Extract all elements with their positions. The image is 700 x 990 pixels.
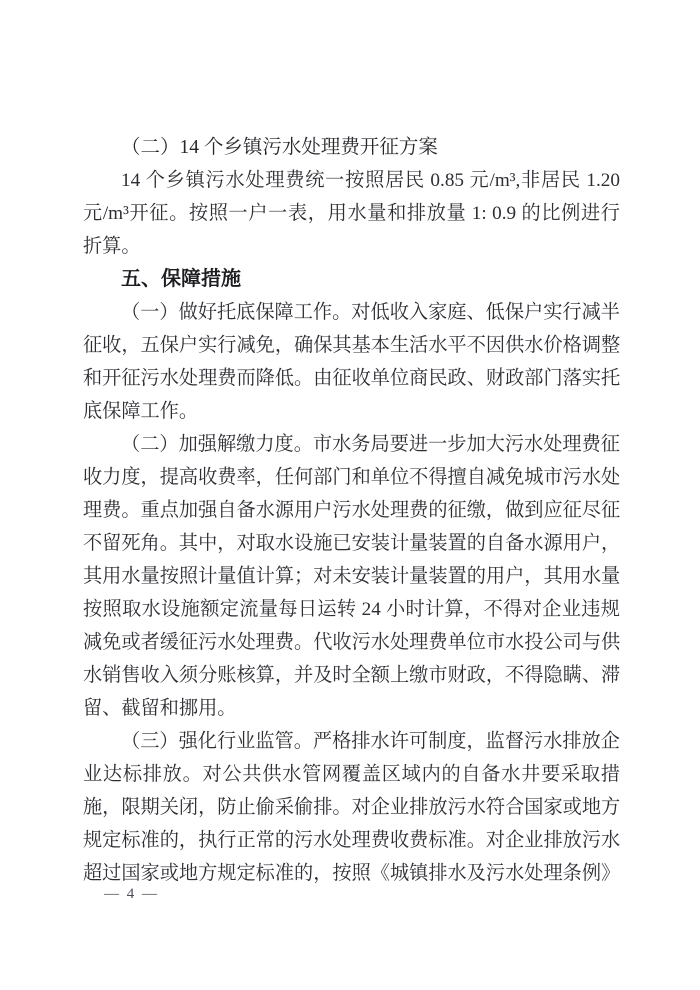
paragraph-body: 14 个乡镇污水处理费统一按照居民 0.85 元/m³,非居民 1.20元/m³… xyxy=(83,164,620,263)
text-line: 和开征污水处理费而降低。由征收单位商民政、财政部门落实托 xyxy=(83,362,620,395)
text-line: （一）做好托底保障工作。对低收入家庭、低保户实行减半 xyxy=(83,296,620,329)
text-line: 底保障工作。 xyxy=(83,395,620,428)
text-line: 业达标排放。对公共供水管网覆盖区域内的自备水井要采取措 xyxy=(83,758,620,791)
text-line: 减免或者缓征污水处理费。代收污水处理费单位市水投公司与供 xyxy=(83,626,620,659)
text-line: 按照取水设施额定流量每日运转 24 小时计算，不得对企业违规 xyxy=(83,593,620,626)
text-line: （二）14 个乡镇污水处理费开征方案 xyxy=(83,131,620,164)
document-body: （二）14 个乡镇污水处理费开征方案14 个乡镇污水处理费统一按照居民 0.85… xyxy=(83,131,620,890)
paragraph-heading: 五、保障措施 xyxy=(83,263,620,296)
text-line: 五、保障措施 xyxy=(83,263,620,296)
paragraph-body: （三）强化行业监管。严格排水许可制度，监督污水排放企业达标排放。对公共供水管网覆… xyxy=(83,725,620,890)
page-number: — 4 — xyxy=(104,884,159,904)
text-line: 水销售收入须分账核算，并及时全额上缴市财政，不得隐瞒、滞 xyxy=(83,659,620,692)
text-line: 收力度，提高收费率，任何部门和单位不得擅自减免城市污水处 xyxy=(83,461,620,494)
paragraph-subheading: （二）14 个乡镇污水处理费开征方案 xyxy=(83,131,620,164)
text-line: 规定标准的，执行正常的污水处理费收费标准。对企业排放污水 xyxy=(83,824,620,857)
text-line: 征收，五保户实行减免，确保其基本生活水平不因供水价格调整 xyxy=(83,329,620,362)
text-line: （二）加强解缴力度。市水务局要进一步加大污水处理费征 xyxy=(83,428,620,461)
text-line: 其用水量按照计量值计算；对未安装计量装置的用户，其用水量 xyxy=(83,560,620,593)
text-line: 不留死角。其中，对取水设施已安装计量装置的自备水源用户， xyxy=(83,527,620,560)
text-line: 14 个乡镇污水处理费统一按照居民 0.85 元/m³,非居民 1.20 xyxy=(83,164,620,197)
text-line: 折算。 xyxy=(83,230,620,263)
text-line: （三）强化行业监管。严格排水许可制度，监督污水排放企 xyxy=(83,725,620,758)
text-line: 元/m³开征。按照一户一表，用水量和排放量 1: 0.9 的比例进行 xyxy=(83,197,620,230)
text-line: 留、截留和挪用。 xyxy=(83,692,620,725)
text-line: 超过国家或地方规定标准的，按照《城镇排水及污水处理条例》 xyxy=(83,857,620,890)
document-page: （二）14 个乡镇污水处理费开征方案14 个乡镇污水处理费统一按照居民 0.85… xyxy=(0,0,700,990)
paragraph-body: （一）做好托底保障工作。对低收入家庭、低保户实行减半征收，五保户实行减免，确保其… xyxy=(83,296,620,428)
paragraph-body: （二）加强解缴力度。市水务局要进一步加大污水处理费征收力度，提高收费率，任何部门… xyxy=(83,428,620,725)
text-line: 理费。重点加强自备水源用户污水处理费的征缴，做到应征尽征、 xyxy=(83,494,620,527)
text-line: 施，限期关闭，防止偷采偷排。对企业排放污水符合国家或地方 xyxy=(83,791,620,824)
